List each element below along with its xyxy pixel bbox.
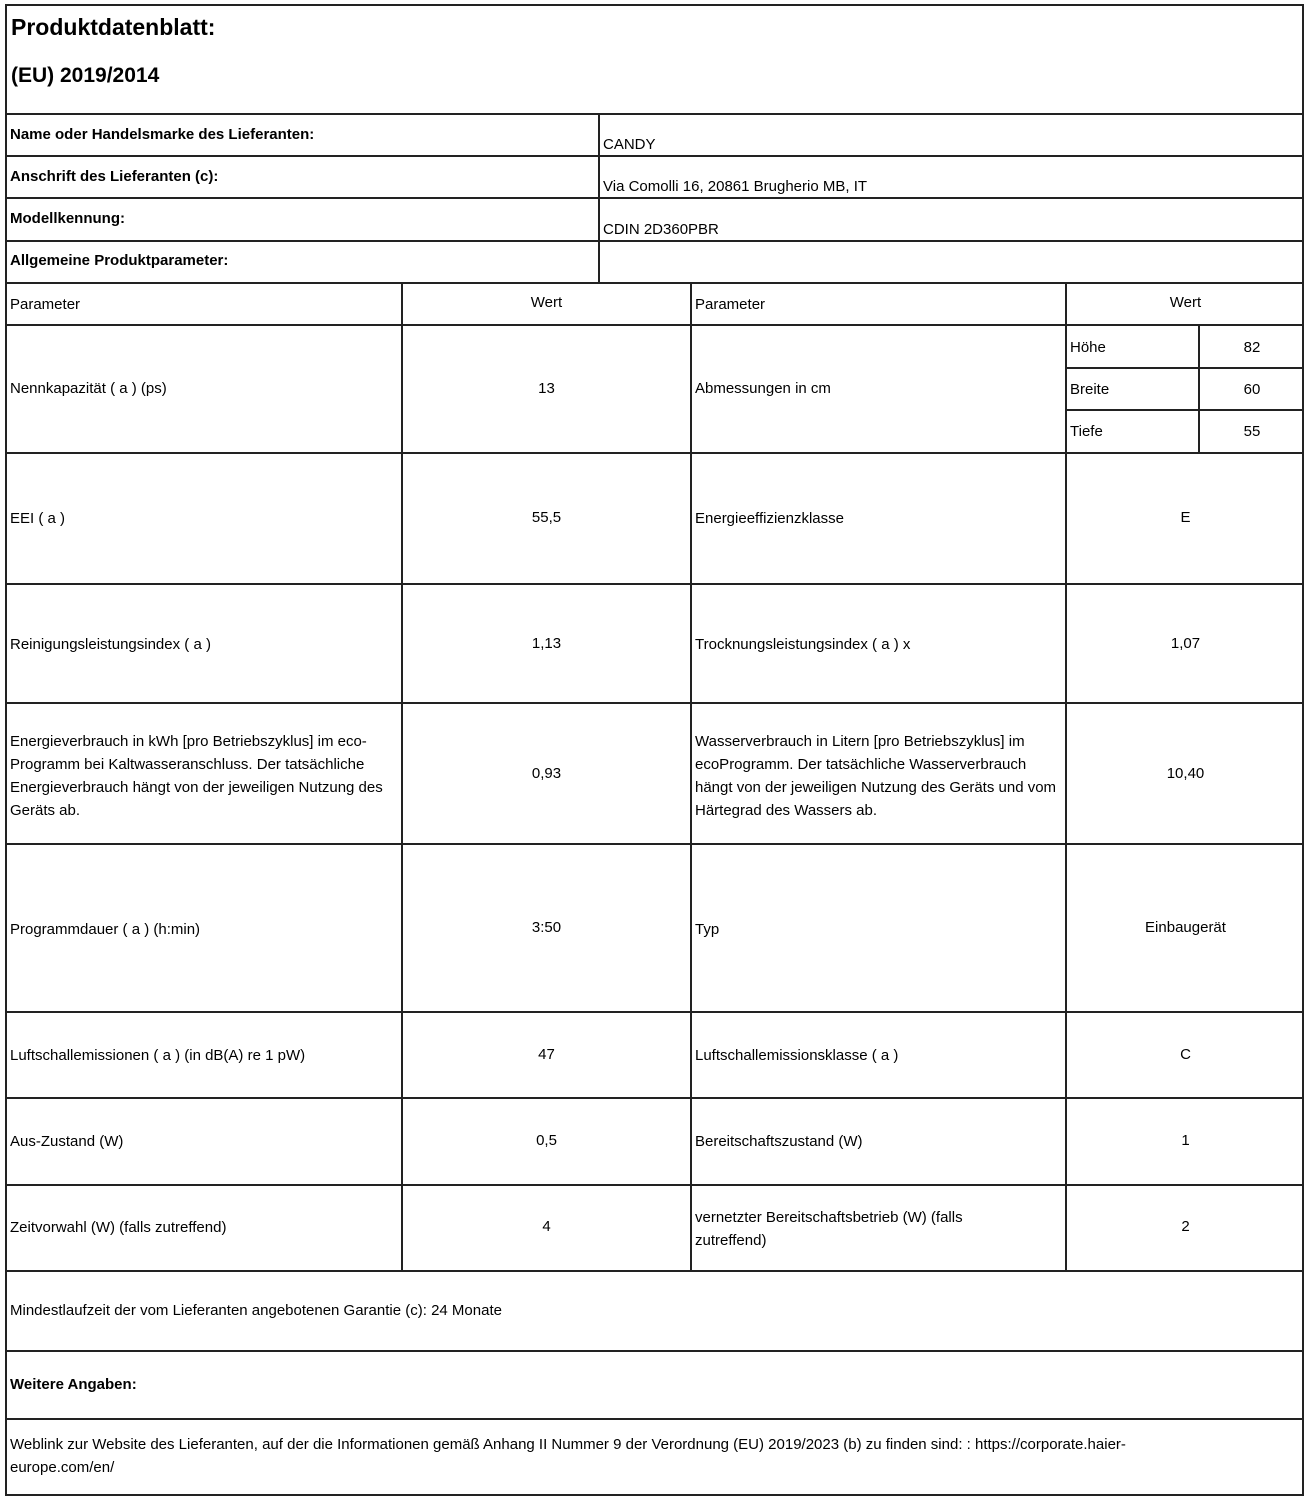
header-value-left: Wert <box>403 294 690 311</box>
row-value: 3:50 <box>403 919 690 936</box>
dimension-label: Tiefe <box>1070 423 1103 440</box>
divider <box>7 155 1302 157</box>
divider <box>7 1097 1302 1099</box>
divider <box>7 583 1302 585</box>
row-label: Energieeffizienzklasse <box>695 510 844 527</box>
row-label: vernetzter Bereitschaftsbetrieb (W) (fal… <box>695 1206 1025 1252</box>
divider <box>7 324 1302 326</box>
divider <box>1065 367 1304 369</box>
row-value: C <box>1067 1046 1304 1063</box>
row-value: 4 <box>403 1218 690 1235</box>
divider <box>7 1011 1302 1013</box>
row-value: 1 <box>1067 1132 1304 1149</box>
divider <box>7 1418 1302 1420</box>
row-label: Aus-Zustand (W) <box>10 1133 123 1150</box>
supplier-name-value: CANDY <box>603 136 656 153</box>
row-value: E <box>1067 509 1304 526</box>
model-id-label: Modellkennung: <box>10 210 125 227</box>
model-id-value: CDIN 2D360PBR <box>603 221 719 238</box>
row-value: 0,5 <box>403 1132 690 1149</box>
divider <box>690 282 692 1272</box>
row-value: 47 <box>403 1046 690 1063</box>
divider <box>7 282 1302 284</box>
dimension-value: 82 <box>1200 339 1304 356</box>
row-label: Wasserverbrauch in Litern [pro Betriebsz… <box>695 730 1061 822</box>
row-label: Luftschallemissionsklasse ( a ) <box>695 1047 898 1064</box>
supplier-weblink-text: Weblink zur Website des Lieferanten, auf… <box>10 1433 1230 1479</box>
row-label: Typ <box>695 921 719 938</box>
page-title: Produktdatenblatt: <box>11 14 215 41</box>
further-info-label: Weitere Angaben: <box>10 1376 137 1393</box>
row-value: 10,40 <box>1067 765 1304 782</box>
row-label: Nennkapazität ( a ) (ps) <box>10 380 167 397</box>
row-label: Abmessungen in cm <box>695 380 831 397</box>
row-label: Luftschallemissionen ( a ) (in dB(A) re … <box>10 1047 305 1064</box>
dimension-value: 55 <box>1200 423 1304 440</box>
divider <box>7 1184 1302 1186</box>
divider <box>1065 409 1304 411</box>
row-label: Zeitvorwahl (W) (falls zutreffend) <box>10 1219 226 1236</box>
row-value: 0,93 <box>403 765 690 782</box>
divider <box>7 113 1302 115</box>
regulation-subtitle: (EU) 2019/2014 <box>11 64 159 88</box>
row-label: EEI ( a ) <box>10 510 65 527</box>
dimension-label: Höhe <box>1070 339 1106 356</box>
divider <box>7 452 1302 454</box>
dimension-label: Breite <box>1070 381 1109 398</box>
supplier-name-label: Name oder Handelsmarke des Lieferanten: <box>10 126 314 143</box>
header-value-right: Wert <box>1067 294 1304 311</box>
row-label: Reinigungsleistungsindex ( a ) <box>10 636 211 653</box>
row-value: 1,07 <box>1067 635 1304 652</box>
dimension-value: 60 <box>1200 381 1304 398</box>
row-value: 55,5 <box>403 509 690 526</box>
row-value: 2 <box>1067 1218 1304 1235</box>
supplier-address-value: Via Comolli 16, 20861 Brugherio MB, IT <box>603 178 867 195</box>
row-value: 1,13 <box>403 635 690 652</box>
warranty-text: Mindestlaufzeit der vom Lieferanten ange… <box>10 1302 502 1319</box>
divider <box>7 1270 1302 1272</box>
general-params-label: Allgemeine Produktparameter: <box>10 252 228 269</box>
header-param-right: Parameter <box>695 296 765 313</box>
header-param-left: Parameter <box>10 296 80 313</box>
product-data-sheet: Produktdatenblatt: (EU) 2019/2014 Name o… <box>5 4 1304 1496</box>
divider <box>7 843 1302 845</box>
row-label: Energieverbrauch in kWh [pro Betriebszyk… <box>10 730 396 822</box>
row-label: Bereitschaftszustand (W) <box>695 1133 863 1150</box>
divider <box>7 240 1302 242</box>
divider <box>7 197 1302 199</box>
divider <box>7 702 1302 704</box>
row-value: Einbaugerät <box>1067 919 1304 936</box>
supplier-address-label: Anschrift des Lieferanten (c): <box>10 168 218 185</box>
row-label: Trocknungsleistungsindex ( a ) x <box>695 636 910 653</box>
divider <box>7 1350 1302 1352</box>
row-value: 13 <box>403 380 690 397</box>
row-label: Programmdauer ( a ) (h:min) <box>10 921 200 938</box>
